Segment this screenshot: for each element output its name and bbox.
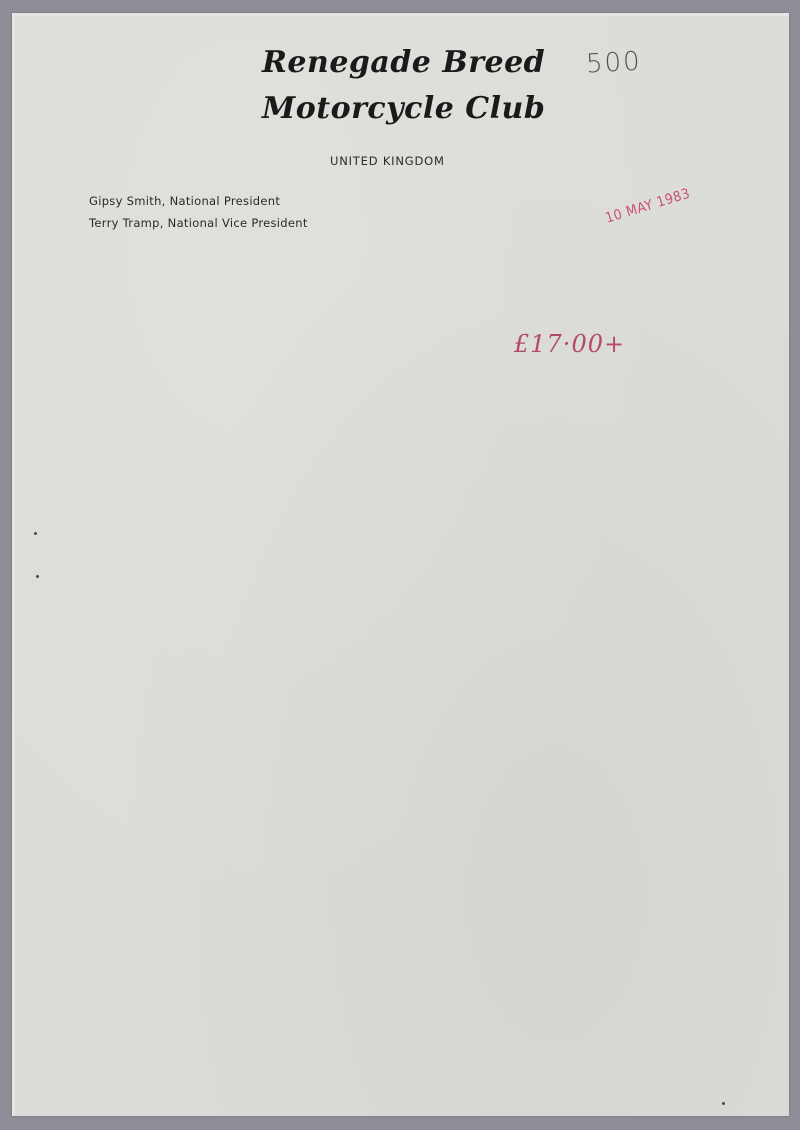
- officer-president: Gipsy Smith, National President: [89, 193, 308, 215]
- club-name-line-1: Renegade Breed: [262, 40, 542, 86]
- faint-watermark: [255, 440, 545, 600]
- paper-speck: [36, 575, 39, 578]
- club-name-line-2: Motorcycle Club: [262, 86, 542, 132]
- officer-vice-president: Terry Tramp, National Vice President: [89, 215, 308, 237]
- paper-speck: [34, 532, 37, 535]
- handwritten-number: 500: [585, 47, 642, 80]
- sheet-edge: [12, 13, 15, 1116]
- paper-speck: [722, 1102, 725, 1105]
- officers-list: Gipsy Smith, National President Terry Tr…: [89, 193, 308, 237]
- sheet-edge: [12, 13, 789, 16]
- club-name-title: Renegade Breed Motorcycle Club: [262, 40, 542, 132]
- country-subtitle: UNITED KINGDOM: [330, 154, 445, 168]
- handwritten-price: £17·00+: [514, 330, 625, 358]
